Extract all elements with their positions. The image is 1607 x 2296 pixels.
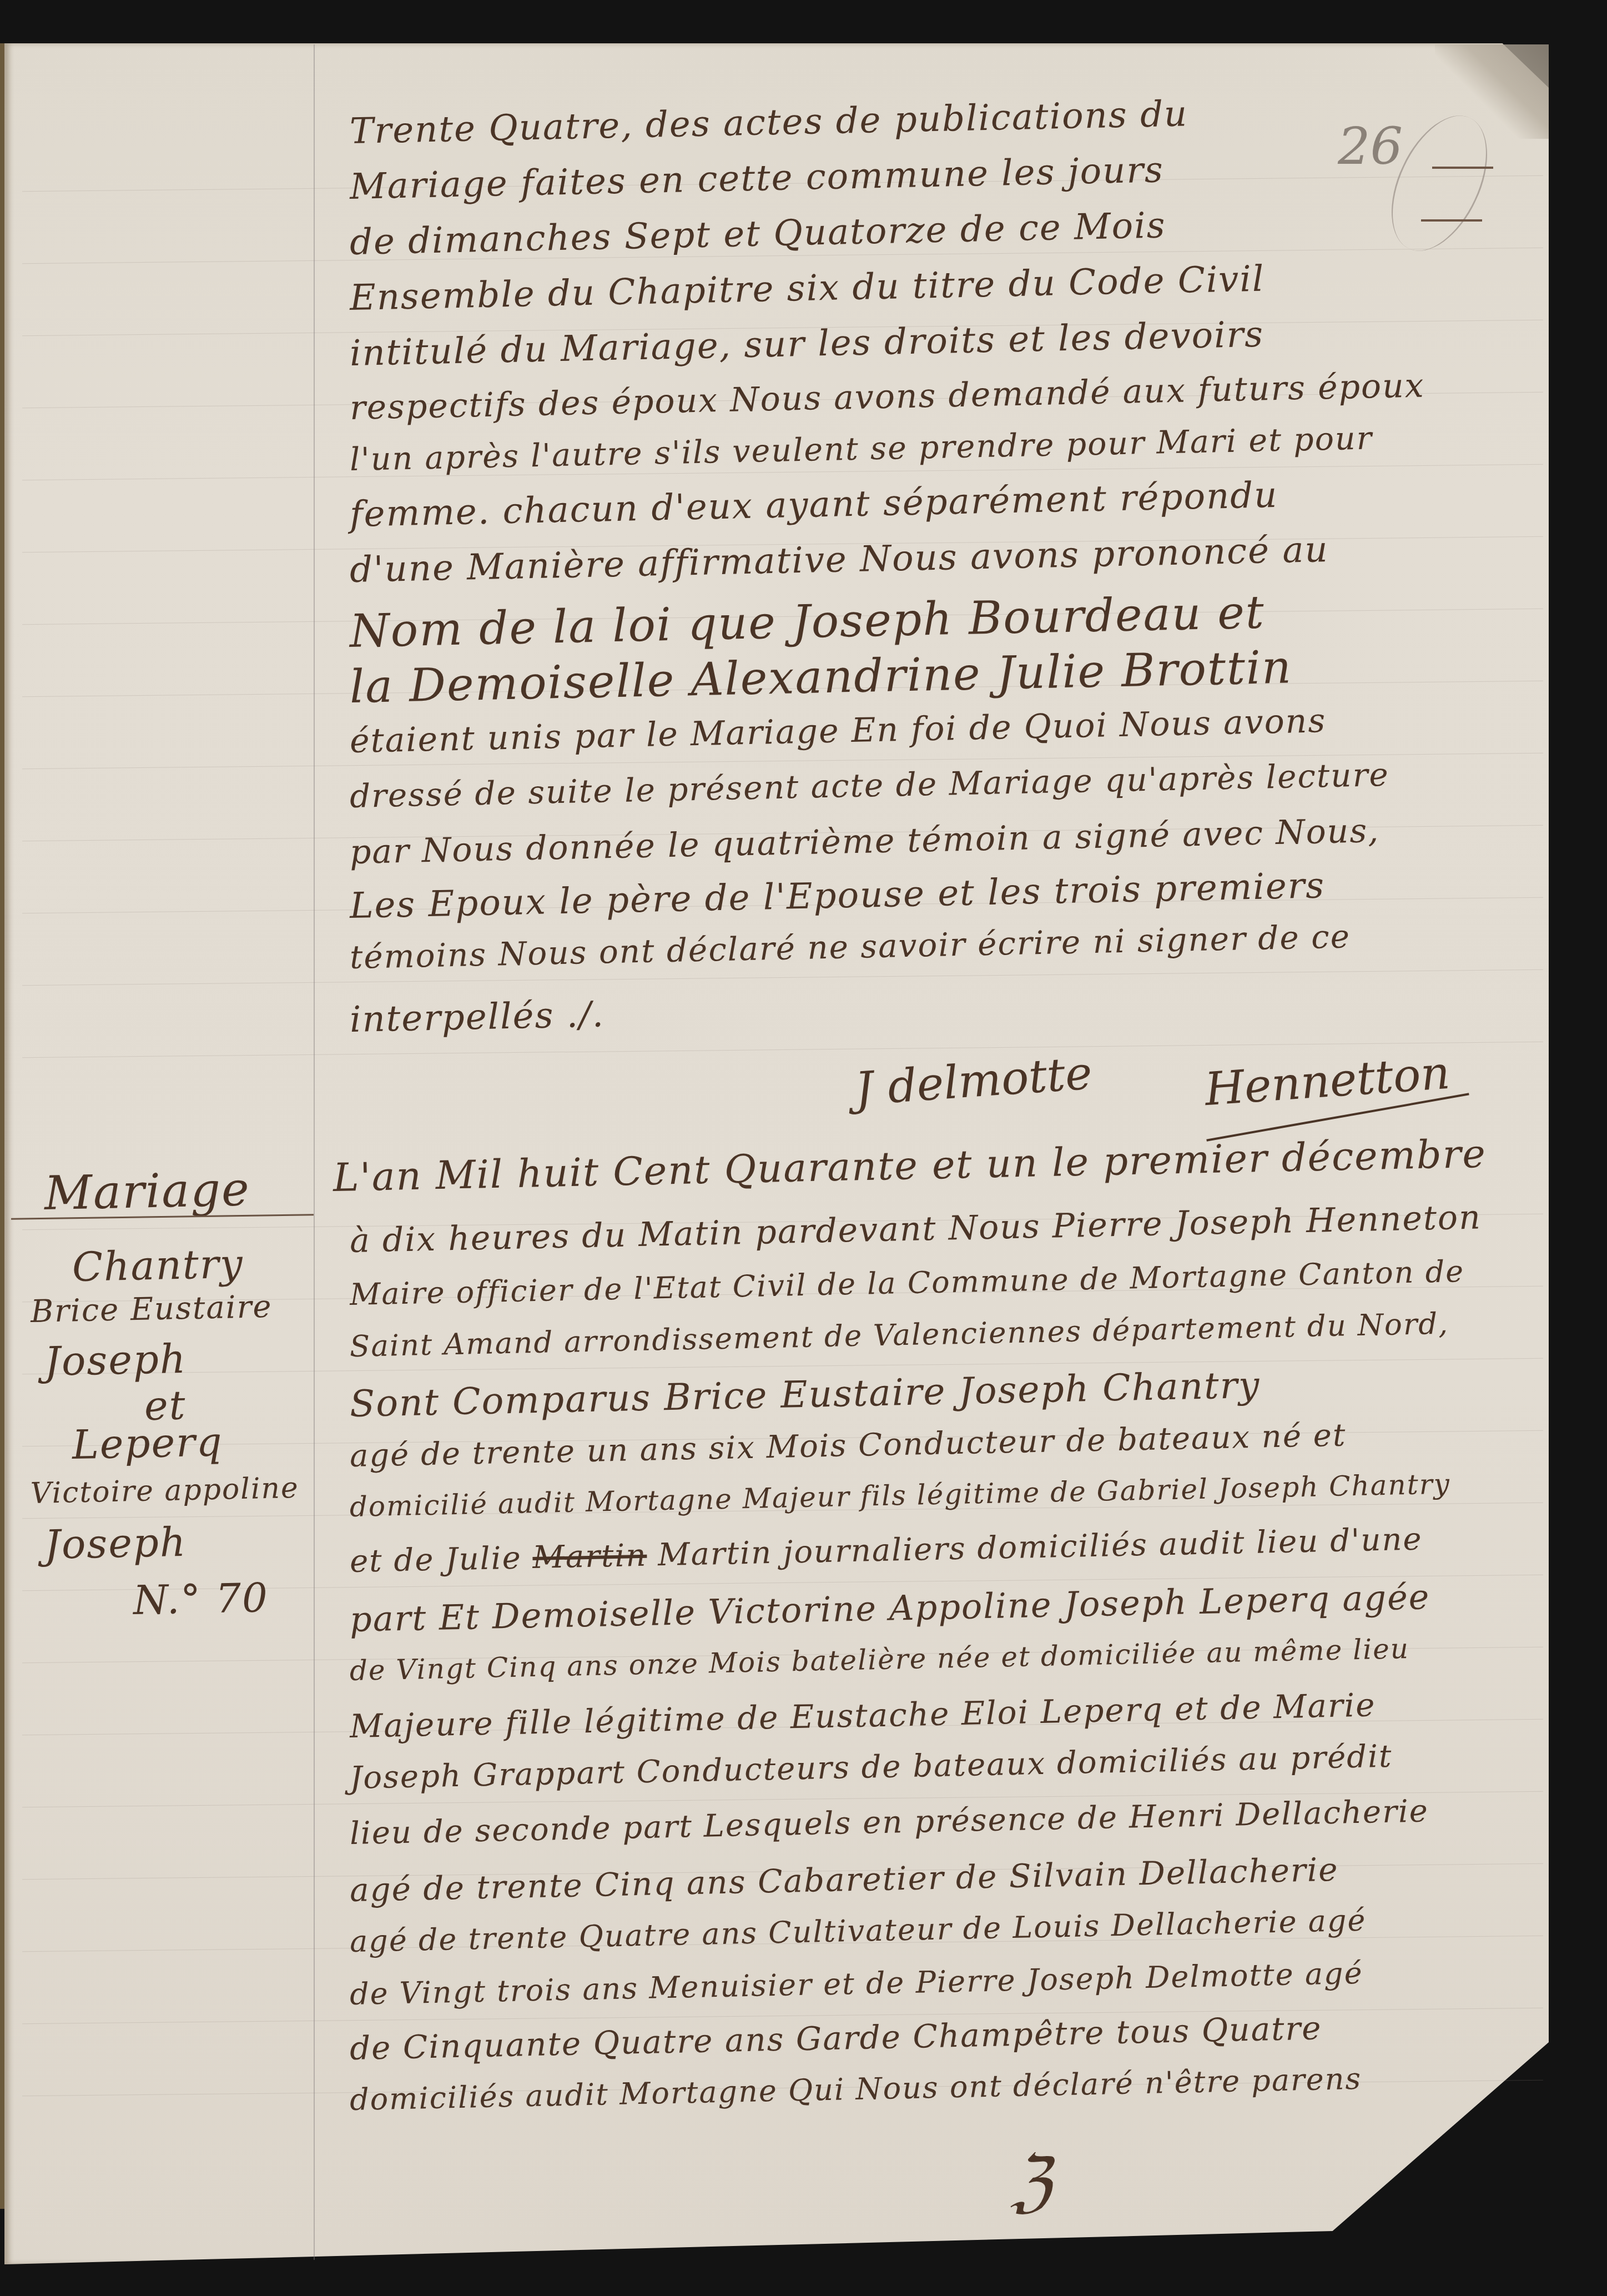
margin-title: Mariage bbox=[44, 1162, 251, 1220]
line-prefix: et de Julie bbox=[349, 1540, 533, 1580]
bride-given-names: Victoire appoline bbox=[30, 1471, 299, 1510]
text-line: interpellés ./. bbox=[349, 994, 604, 1041]
struck-word: Martin bbox=[532, 1538, 647, 1576]
act-number: N.° 70 bbox=[133, 1574, 269, 1624]
groom-surname: Chantry bbox=[72, 1240, 244, 1290]
bride-given-names-2: Joseph bbox=[44, 1519, 187, 1568]
margin-line bbox=[314, 44, 315, 2260]
line-filler-dash bbox=[1432, 167, 1493, 169]
bride-surname: Leperq bbox=[72, 1418, 223, 1468]
groom-given-names-2: Joseph bbox=[44, 1335, 187, 1385]
groom-given-names: Brice Eustaire bbox=[30, 1289, 273, 1330]
paraph-mark: ℨ bbox=[1010, 2143, 1051, 2220]
line-filler-dash bbox=[1421, 219, 1482, 222]
page-number: 26 bbox=[1338, 117, 1403, 176]
